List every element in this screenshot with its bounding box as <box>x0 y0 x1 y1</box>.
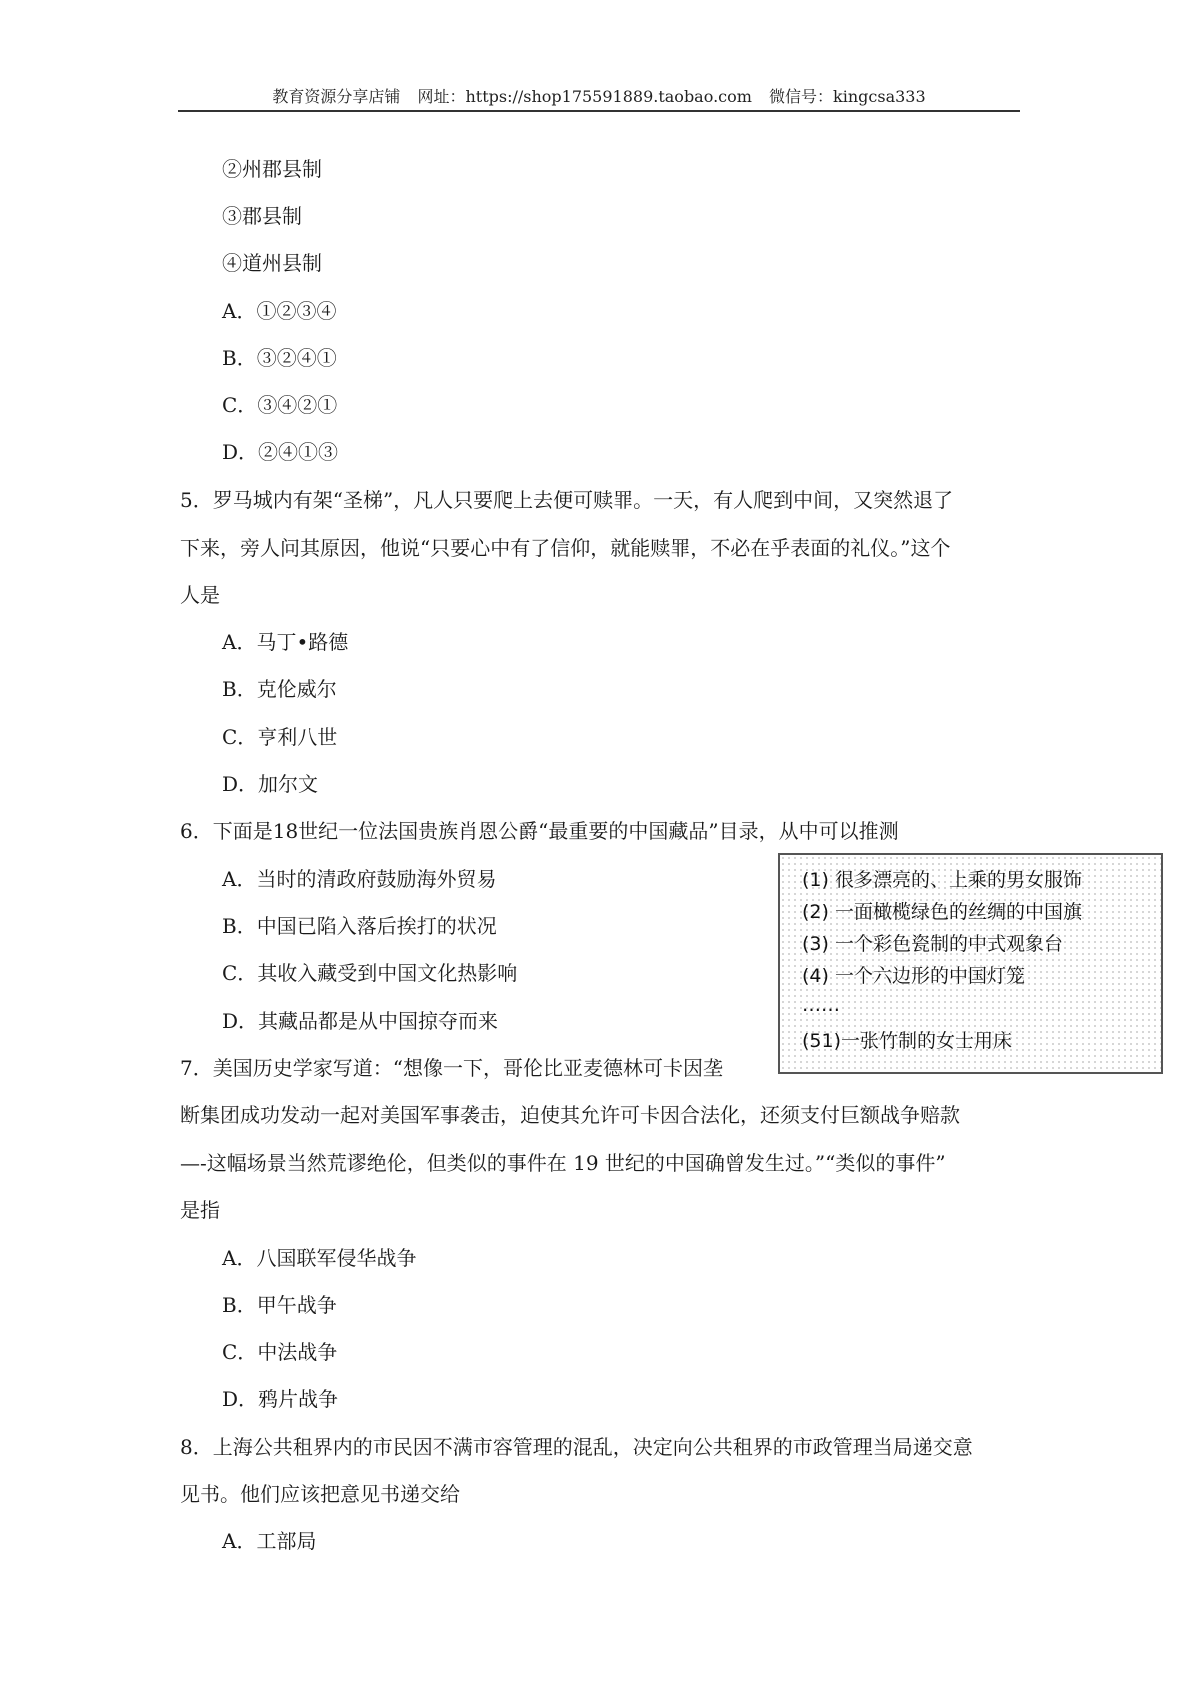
option-text: 八国联军侵华战争 <box>256 1246 416 1270</box>
q4-option-c: C．③④②① <box>222 392 337 418</box>
option-text: 鸦片战争 <box>258 1387 338 1411</box>
option-label: D． <box>222 1009 258 1033</box>
catalog-item-4: (4) 一个六边形的中国灯笼 <box>802 964 1025 988</box>
option-text: ③②④① <box>257 346 337 370</box>
option-label: B． <box>222 346 257 370</box>
option-label: D． <box>222 440 258 464</box>
q7-option-a: A．八国联军侵华战争 <box>222 1245 416 1271</box>
q5-option-d: D．加尔文 <box>222 771 318 797</box>
option-label: B． <box>222 1293 257 1317</box>
q5-stem-line-3: 人是 <box>180 582 220 608</box>
option-text: 马丁•路德 <box>256 630 348 654</box>
option-text: 当时的清政府鼓励海外贸易 <box>256 867 496 891</box>
catalog-item-51: (51)一张竹制的女士用床 <box>802 1029 1012 1053</box>
option-label: C． <box>222 961 257 985</box>
q4-item-2: ②州郡县制 <box>222 156 322 182</box>
q7-option-c: C．中法战争 <box>222 1339 337 1365</box>
q7-stem-line-2: 断集团成功发动一起对美国军事袭击，迫使其允许可卡因合法化，还须支付巨额战争赔款 <box>180 1102 960 1128</box>
option-text: 其藏品都是从中国掠夺而来 <box>258 1009 498 1033</box>
catalog-item-2: (2) 一面橄榄绿色的丝绸的中国旗 <box>802 900 1082 924</box>
q7-option-b: B．甲午战争 <box>222 1292 337 1318</box>
q7-stem-line-4: 是指 <box>180 1197 220 1223</box>
option-label: A． <box>222 1246 256 1270</box>
q5-stem-line-1: 5．罗马城内有架“圣梯”，凡人只要爬上去便可赎罪。一天，有人爬到中间，又突然退了 <box>180 487 953 513</box>
q5-option-b: B．克伦威尔 <box>222 676 337 702</box>
collection-catalog-box: (1) 很多漂亮的、上乘的男女服饰 (2) 一面橄榄绿色的丝绸的中国旗 (3) … <box>778 853 1163 1074</box>
catalog-item-1: (1) 很多漂亮的、上乘的男女服饰 <box>802 868 1082 892</box>
option-text: 工部局 <box>256 1529 316 1553</box>
option-label: A． <box>222 1529 256 1553</box>
option-label: D． <box>222 772 258 796</box>
q7-option-d: D．鸦片战争 <box>222 1386 338 1412</box>
q5-option-c: C．亨利八世 <box>222 724 337 750</box>
q8-stem-line-2: 见书。他们应该把意见书递交给 <box>180 1481 460 1507</box>
q7-stem-line-3: —-这幅场景当然荒谬绝伦，但类似的事件在 19 世纪的中国确曾发生过。”“类似的… <box>180 1150 946 1176</box>
q6-option-d: D．其藏品都是从中国掠夺而来 <box>222 1008 498 1034</box>
q6-option-a: A．当时的清政府鼓励海外贸易 <box>222 866 496 892</box>
shop-url: 网址：https://shop175591889.taobao.com <box>417 87 751 106</box>
q4-option-d: D．②④①③ <box>222 439 338 465</box>
q6-option-c: C．其收入藏受到中国文化热影响 <box>222 960 517 986</box>
option-label: A． <box>222 867 256 891</box>
q8-stem-line-1: 8．上海公共租界内的市民因不满市容管理的混乱，决定向公共租界的市政管理当局递交意 <box>180 1434 973 1460</box>
option-label: A． <box>222 299 256 323</box>
q4-item-3: ③郡县制 <box>222 203 302 229</box>
catalog-item-3: (3) 一个彩色瓷制的中式观象台 <box>802 932 1063 956</box>
option-label: B． <box>222 677 257 701</box>
option-label: D． <box>222 1387 258 1411</box>
q8-option-a: A．工部局 <box>222 1528 316 1554</box>
q5-stem-line-2: 下来，旁人问其原因，他说“只要心中有了信仰，就能赎罪，不必在乎表面的礼仪。”这个 <box>180 535 950 561</box>
q4-item-4: ④道州县制 <box>222 250 322 276</box>
option-label: C． <box>222 1340 257 1364</box>
option-text: 亨利八世 <box>257 725 337 749</box>
option-text: ③④②① <box>257 393 337 417</box>
q4-option-a: A．①②③④ <box>222 298 336 324</box>
q6-stem: 6．下面是18世纪一位法国贵族肖恩公爵“最重要的中国藏品”目录，从中可以推测 <box>180 818 899 844</box>
option-text: ①②③④ <box>256 299 336 323</box>
q4-option-b: B．③②④① <box>222 345 337 371</box>
option-text: ②④①③ <box>258 440 338 464</box>
option-text: 加尔文 <box>258 772 318 796</box>
option-text: 中法战争 <box>257 1340 337 1364</box>
option-label: C． <box>222 393 257 417</box>
q7-stem-line-1: 7．美国历史学家写道：“想像一下，哥伦比亚麦德林可卡因垄 <box>180 1055 723 1081</box>
header-divider <box>178 110 1020 112</box>
wechat-id: 微信号：kingcsa333 <box>769 87 926 106</box>
option-text: 克伦威尔 <box>257 677 337 701</box>
option-label: B． <box>222 914 257 938</box>
shop-name: 教育资源分享店铺 <box>272 87 400 106</box>
catalog-ellipsis: …… <box>802 993 840 1017</box>
option-text: 甲午战争 <box>257 1293 337 1317</box>
q5-option-a: A．马丁•路德 <box>222 629 348 655</box>
q6-option-b: B．中国已陷入落后挨打的状况 <box>222 913 497 939</box>
option-label: A． <box>222 630 256 654</box>
option-text: 中国已陷入落后挨打的状况 <box>257 914 497 938</box>
option-label: C． <box>222 725 257 749</box>
option-text: 其收入藏受到中国文化热影响 <box>257 961 517 985</box>
